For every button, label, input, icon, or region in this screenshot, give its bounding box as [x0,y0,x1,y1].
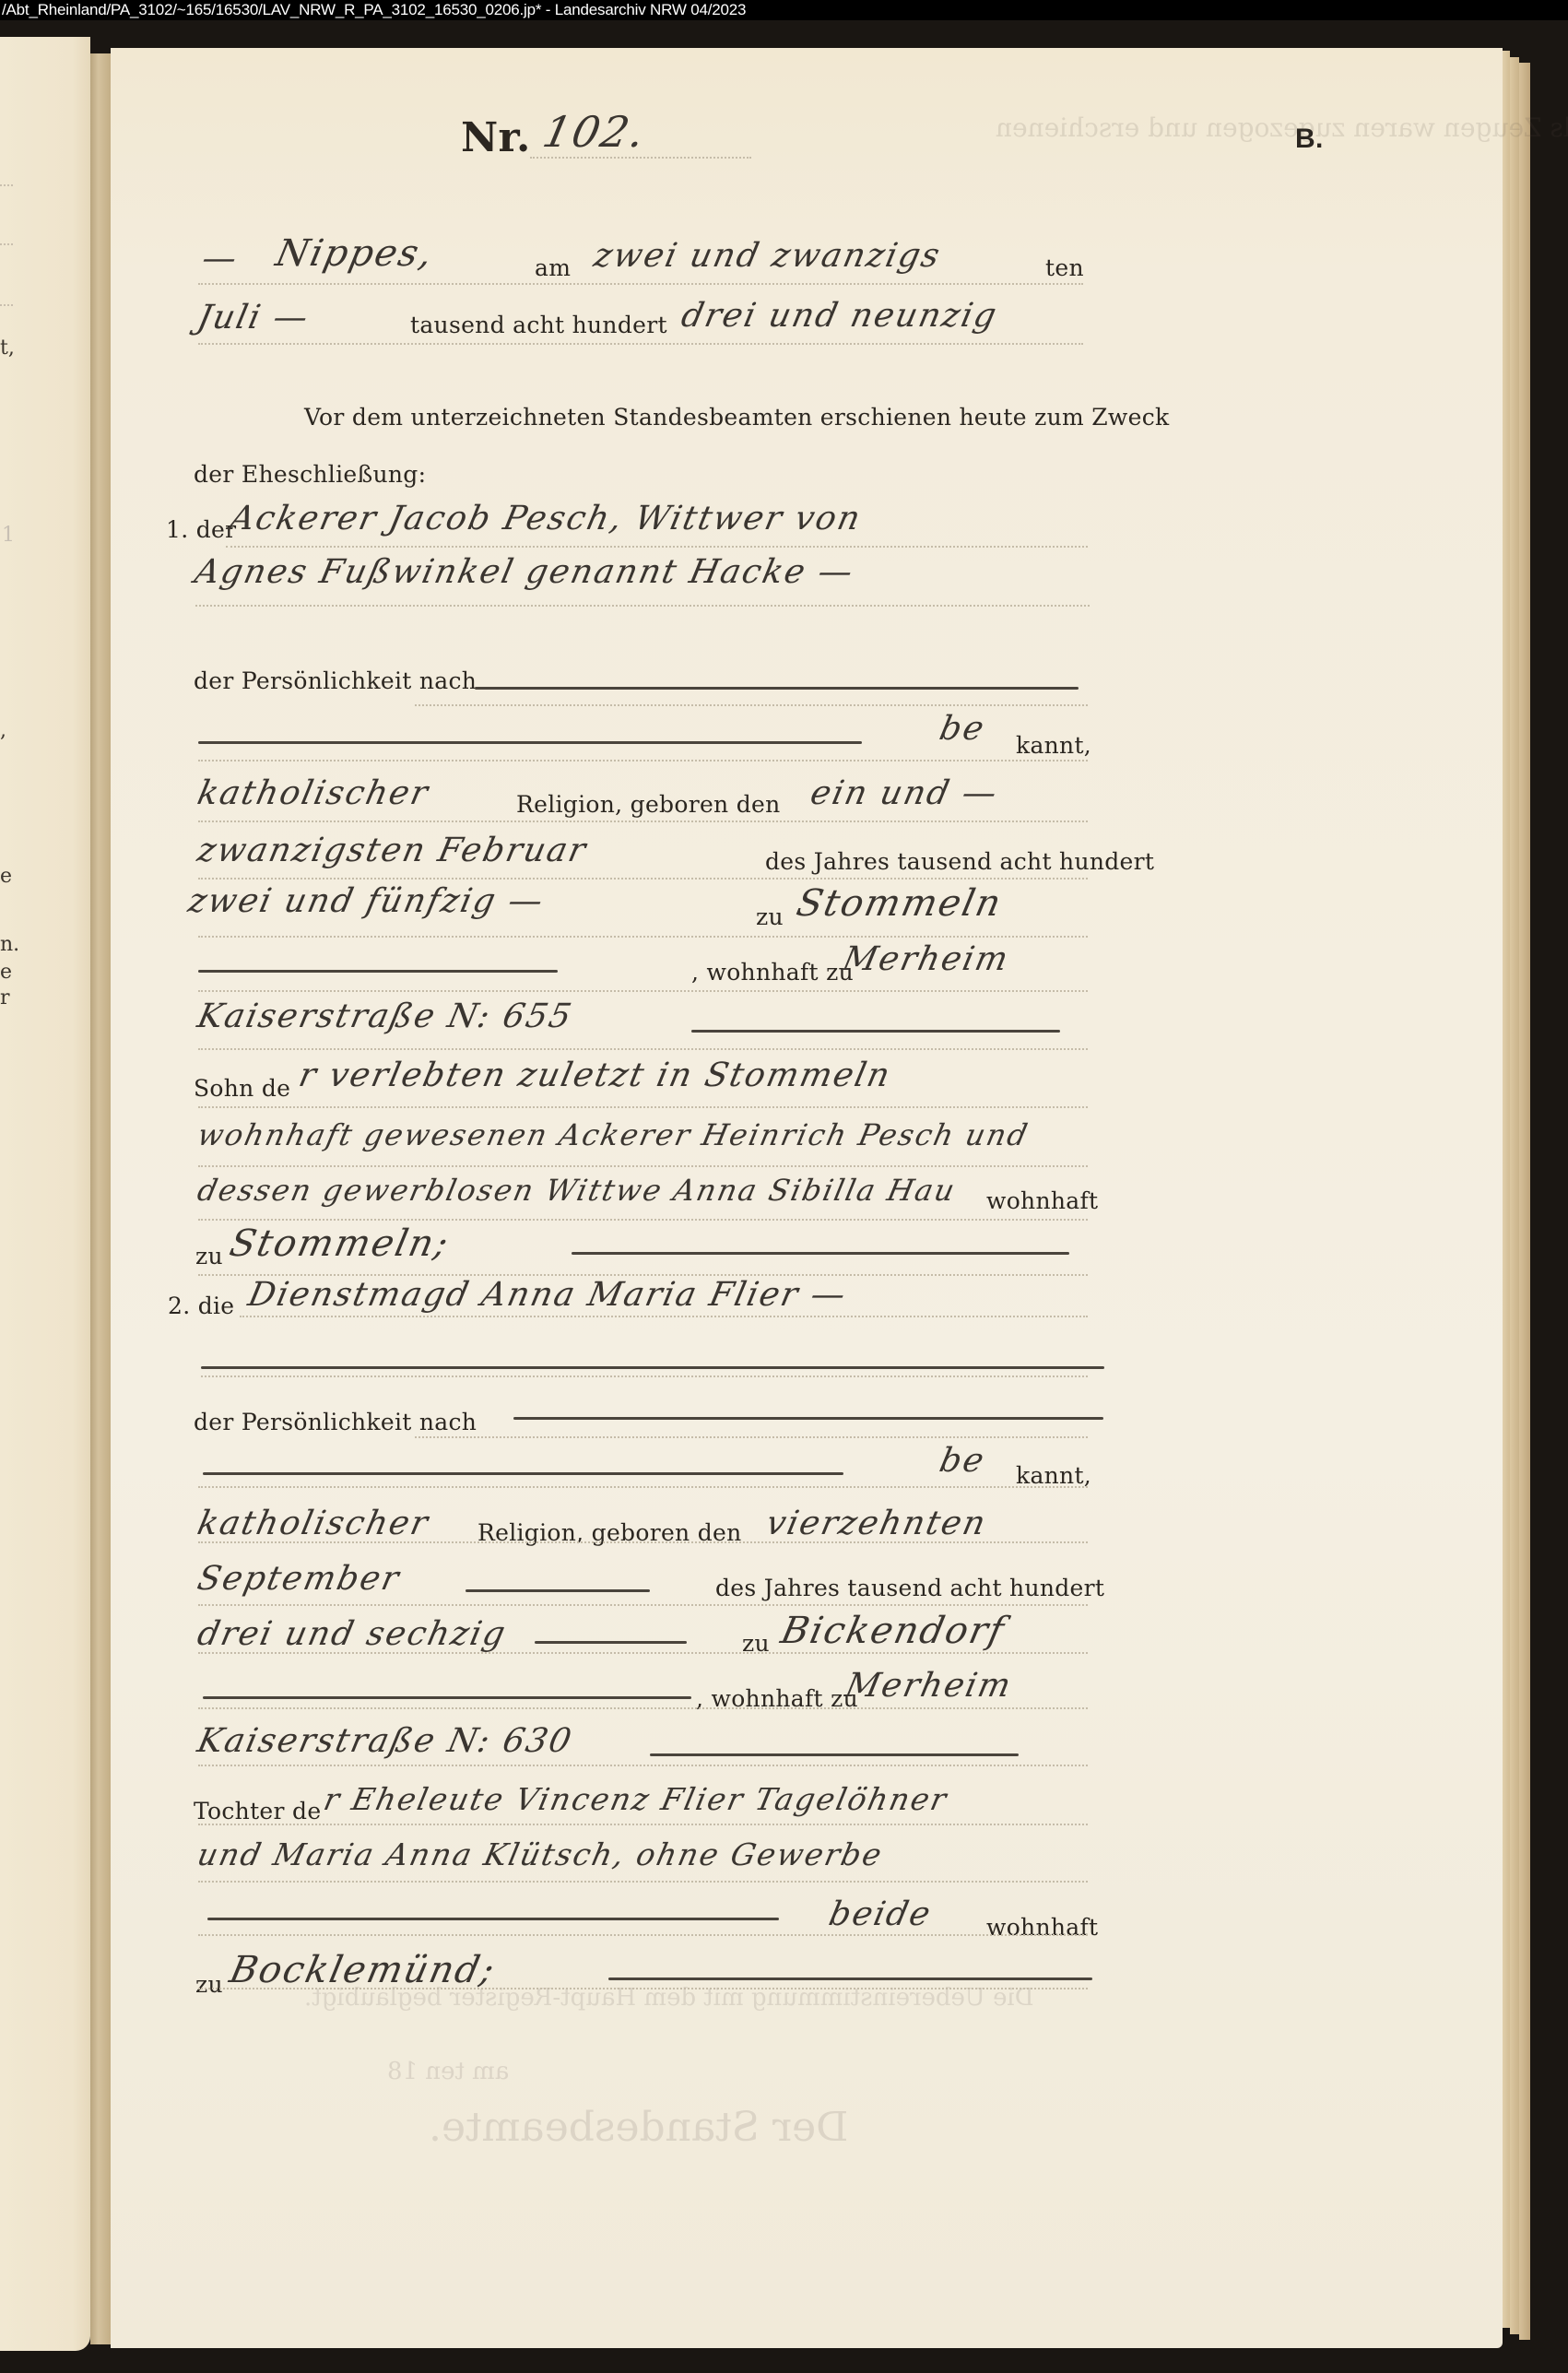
dotted-line [530,157,751,159]
filler-rule [650,1753,1019,1756]
dotted-line [198,1765,1088,1766]
dotted-line [198,1604,1088,1606]
filler-rule [203,1472,843,1475]
filler-rule [608,1977,1092,1980]
groom-parents-line-1: r verlebten zuletzt in Stommeln [296,1057,895,1094]
prefix-dash: — [199,240,242,277]
groom-birth-day: ein und — [808,774,1002,812]
groom-number-label: 1. der [166,516,236,543]
bride-parents-residence-prefix: zu [195,1971,223,1998]
window-title: /Abt_Rheinland/PA_3102/~165/16530/LAV_NR… [0,0,1568,20]
groom-known-prefix: be [937,710,989,748]
bride-parents-both: beide [826,1895,936,1933]
dotted-line [0,304,13,306]
filler-rule [198,970,558,973]
groom-name-line-2: Agnes Fußwinkel genannt Hacke — [192,553,858,591]
left-page-fragment: e [0,865,12,888]
dotted-line [226,546,1088,548]
bride-parents-residence: Bocklemünd; [226,1949,500,1991]
bride-religion: katholischer [195,1505,433,1542]
filler-rule [513,1417,1103,1420]
dotted-line [198,1881,1088,1883]
bride-known-label: kannt, [1016,1462,1091,1489]
bride-birth-day: vierzehnten [763,1505,991,1542]
page-edge [1519,63,1530,2340]
bride-residence: Merheim [843,1667,1016,1705]
dotted-line [198,283,1083,285]
groom-parents-line-2: wohnhaft gewesenen Ackerer Heinrich Pesc… [195,1117,1032,1152]
groom-parents-residence: Stommeln; [226,1222,454,1265]
groom-birth-place-label: zu [756,903,784,930]
bride-birth-month: September [195,1560,404,1598]
dotted-line [198,1106,1088,1108]
dotted-line [198,760,1088,761]
bleed-through-text: Der Standesbeamte. [429,2104,848,2151]
groom-parents-residence-label: wohnhaft [986,1187,1098,1214]
filler-rule [691,1030,1060,1033]
dotted-line [198,1541,1088,1543]
year-label: tausend acht hundert [410,312,667,338]
filler-rule [203,1696,691,1699]
dotted-line [198,936,1088,938]
dotted-line [198,343,1083,345]
filler-rule [535,1641,687,1644]
page-edge [1510,57,1519,2334]
filler-rule [466,1589,650,1592]
dotted-line [198,1165,1088,1167]
left-page-fragment: t, [0,336,15,360]
place-of-marriage: Nippes, [272,232,438,275]
marriage-month: Juli — [195,299,313,336]
groom-religion: katholischer [195,774,433,812]
filler-rule [198,741,862,744]
record-number: 102. [538,107,651,157]
groom-name-line-1: Ackerer Jacob Pesch, Wittwer von [227,500,866,537]
left-page-fragment: r [0,986,10,1009]
dotted-line [415,704,1088,706]
dotted-line [240,1316,1088,1317]
section-letter: B. [1295,124,1324,155]
bride-parents-line-1: r Eheleute Vincenz Flier Tagelöhner [321,1781,951,1817]
groom-known-label: kannt, [1016,732,1091,759]
bride-parents-residence-label: wohnhaft [986,1914,1098,1941]
dotted-line [198,821,1088,822]
register-page: Als Zeugen waren zugezogen und erschiene… [111,48,1503,2348]
dotted-line [198,1652,1088,1654]
groom-parents-residence-prefix: zu [195,1243,223,1269]
groom-residence: Merheim [840,940,1013,978]
dotted-line [0,184,13,186]
dotted-line [198,878,1088,880]
dotted-line [201,1375,1088,1377]
groom-birth-year: zwei und fünfzig — [185,882,548,920]
left-page-fragment: , [0,719,6,742]
dotted-line [198,1824,1088,1825]
filler-rule [201,1366,1104,1369]
groom-birth-year-label: des Jahres tausend acht hundert [765,848,1154,875]
groom-parents-line-3: dessen gewerblosen Wittwe Anna Sibilla H… [195,1173,960,1208]
groom-birth-day-month: zwanzigsten Februar [195,832,591,869]
bride-birth-year-label: des Jahres tausend acht hundert [715,1575,1104,1601]
left-page-fragment: e [0,961,12,984]
intro-line-1: Vor dem unterzeichneten Standesbeamten e… [304,404,1169,431]
bride-address: Kaiserstraße N: 630 [195,1722,576,1760]
bride-parents-line-2: und Maria Anna Klütsch, ohne Gewerbe [195,1836,887,1872]
left-page-fragment: 1 [2,524,15,547]
groom-birth-place: Stommeln [793,882,1006,925]
left-facing-page: t, 1 , e n. e r [0,37,90,2351]
dotted-line [198,1707,1088,1709]
filler-rule [475,687,1079,690]
filler-rule [572,1252,1069,1255]
dotted-line [198,990,1088,992]
bride-birth-place: Bickendorf [777,1610,1009,1652]
dotted-line [195,605,1090,607]
dotted-line [198,1486,1088,1488]
left-page-fragment: n. [0,933,19,956]
groom-religion-label: Religion, geboren den [516,791,781,818]
dotted-line [0,243,13,245]
groom-residence-label: , wohnhaft zu [691,959,854,986]
dotted-line [198,1934,1088,1936]
groom-address: Kaiserstraße N: 655 [195,998,576,1035]
bleed-through-text: am ten 18 [387,2058,509,2085]
marriage-year: drei und neunzig [678,297,1001,335]
dotted-line [198,1048,1088,1050]
groom-identity-label: der Persönlichkeit nach [194,667,477,694]
dotted-line [198,1988,1088,1989]
bride-parents-label: Tochter de [194,1798,321,1824]
bride-number-label: 2. die [168,1293,234,1319]
filler-rule [207,1918,779,1920]
am-label: am [535,254,571,281]
dotted-line [415,1436,1088,1438]
book-gutter [90,53,111,2344]
bride-identity-label: der Persönlichkeit nach [194,1409,477,1435]
record-number-label: Nr. [461,114,531,161]
ten-label: ten [1045,254,1084,281]
bride-name-line-1: Dienstmagd Anna Maria Flier — [245,1276,851,1314]
bride-known-prefix: be [937,1442,989,1480]
bride-birth-year: drei und sechzig [195,1615,511,1653]
dotted-line [198,1219,1088,1221]
intro-line-2: der Eheschließung: [194,461,426,488]
groom-parents-label: Sohn de [194,1075,290,1102]
marriage-day: zwei und zwanzigs [591,237,945,275]
